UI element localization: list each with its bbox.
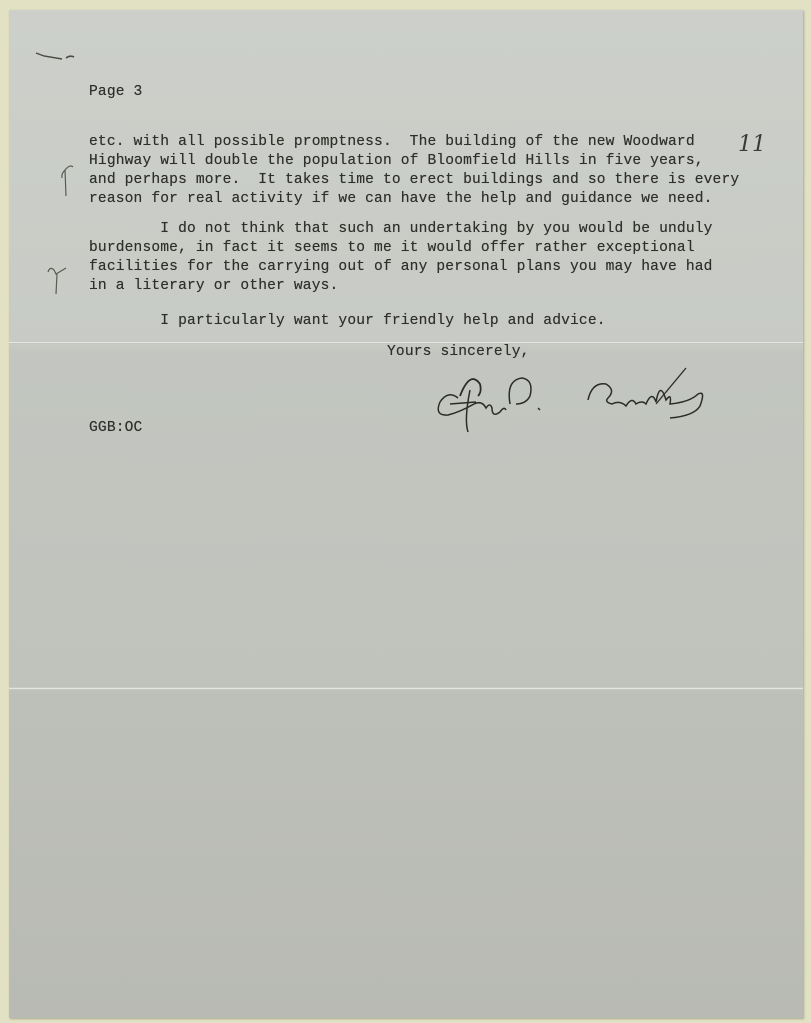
fold-line-lower: [9, 687, 803, 690]
paragraph-2-line-3: facilities for the carrying out of any p…: [89, 258, 713, 277]
page-label: Page 3: [89, 83, 142, 102]
margin-check-mark-icon: [56, 162, 76, 198]
margin-check-mark-icon: [44, 262, 70, 298]
paragraph-1-line-4: reason for real activity if we can have …: [89, 190, 713, 209]
paragraph-2-line-4: in a literary or other ways.: [89, 277, 338, 296]
paragraph-1-line-1: etc. with all possible promptness. The b…: [89, 133, 695, 152]
paragraph-3-line-1: I particularly want your friendly help a…: [89, 312, 606, 331]
paragraph-2-line-1: I do not think that such an undertaking …: [89, 220, 713, 239]
margin-note-top-right: 11: [738, 132, 766, 157]
paragraph-1-line-3: and perhaps more. It takes time to erect…: [89, 171, 739, 190]
paragraph-2-line-2: burdensome, in fact it seems to me it wo…: [89, 239, 695, 258]
reference-initials: GGB:OC: [89, 419, 142, 438]
paragraph-1-line-2: Highway will double the population of Bl…: [89, 152, 704, 171]
pencil-tick-mark-icon: [34, 50, 84, 62]
signature-icon: [430, 360, 720, 435]
